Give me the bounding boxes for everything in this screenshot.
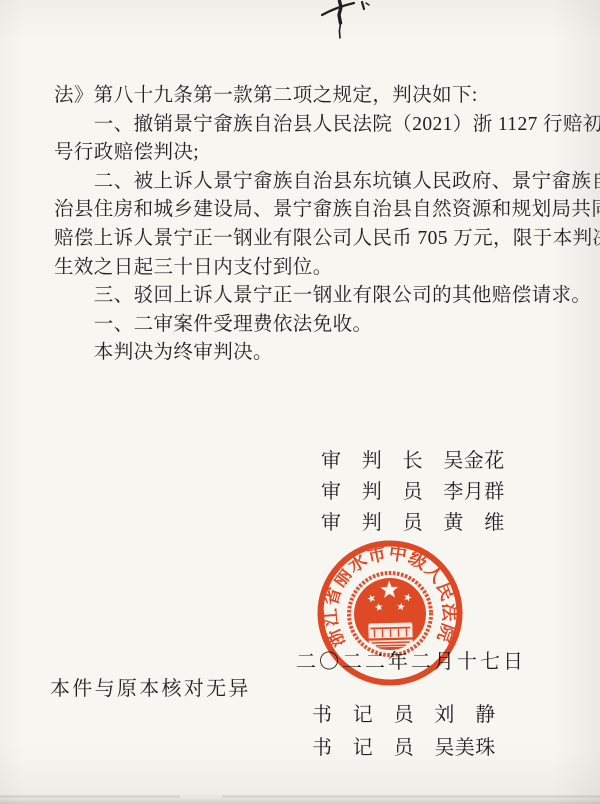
scan-bottom-shadow: [0, 797, 600, 804]
body-line: 一、二审案件受理费依法免收。: [54, 311, 556, 340]
court-seal: 浙江省丽水市中级人民法院: [313, 536, 467, 690]
verification-note: 本件与原本核对无异: [50, 672, 251, 701]
body-line: 一、撤销景宁畲族自治县人民法院（2021）浙 1127 行赔初 1: [54, 111, 556, 140]
body-line: 生效之日起三十日内支付到位。: [54, 254, 556, 283]
body-line: 赔偿上诉人景宁正一钢业有限公司人民币 705 万元，限于本判决: [54, 225, 556, 254]
judgment-body: 法》第八十九条第一款第二项之规定，判决如下: 一、撤销景宁畲族自治县人民法院（2…: [54, 82, 556, 368]
judge-line: 审 判 员 李月群: [321, 477, 505, 508]
judge-line: 审 判 员 黄 维: [321, 508, 505, 539]
body-line: 本判决为终审判决。: [54, 339, 556, 368]
clerk-line: 书 记 员 吴美珠: [312, 732, 496, 765]
national-emblem-icon: [348, 572, 432, 656]
ink-mark: [303, 0, 375, 42]
presiding-judge-line: 审 判 长 吴金花: [321, 446, 505, 477]
body-line: 法》第八十九条第一款第二项之规定，判决如下:: [54, 82, 556, 111]
body-line: 二、被上诉人景宁畲族自治县东坑镇人民政府、景宁畲族自: [54, 168, 556, 197]
body-line: 三、驳回上诉人景宁正一钢业有限公司的其他赔偿请求。: [54, 282, 556, 311]
body-line: 号行政赔偿判决;: [54, 139, 556, 168]
clerks-signature-block: 书 记 员 刘 静 书 记 员 吴美珠: [312, 699, 496, 764]
scanned-judgment-page: 法》第八十九条第一款第二项之规定，判决如下: 一、撤销景宁畲族自治县人民法院（2…: [0, 0, 600, 804]
judges-signature-block: 审 判 长 吴金花 审 判 员 李月群 审 判 员 黄 维: [321, 446, 505, 539]
clerk-line: 书 记 员 刘 静: [312, 699, 496, 732]
body-line: 治县住房和城乡建设局、景宁畲族自治县自然资源和规划局共同: [54, 196, 556, 225]
